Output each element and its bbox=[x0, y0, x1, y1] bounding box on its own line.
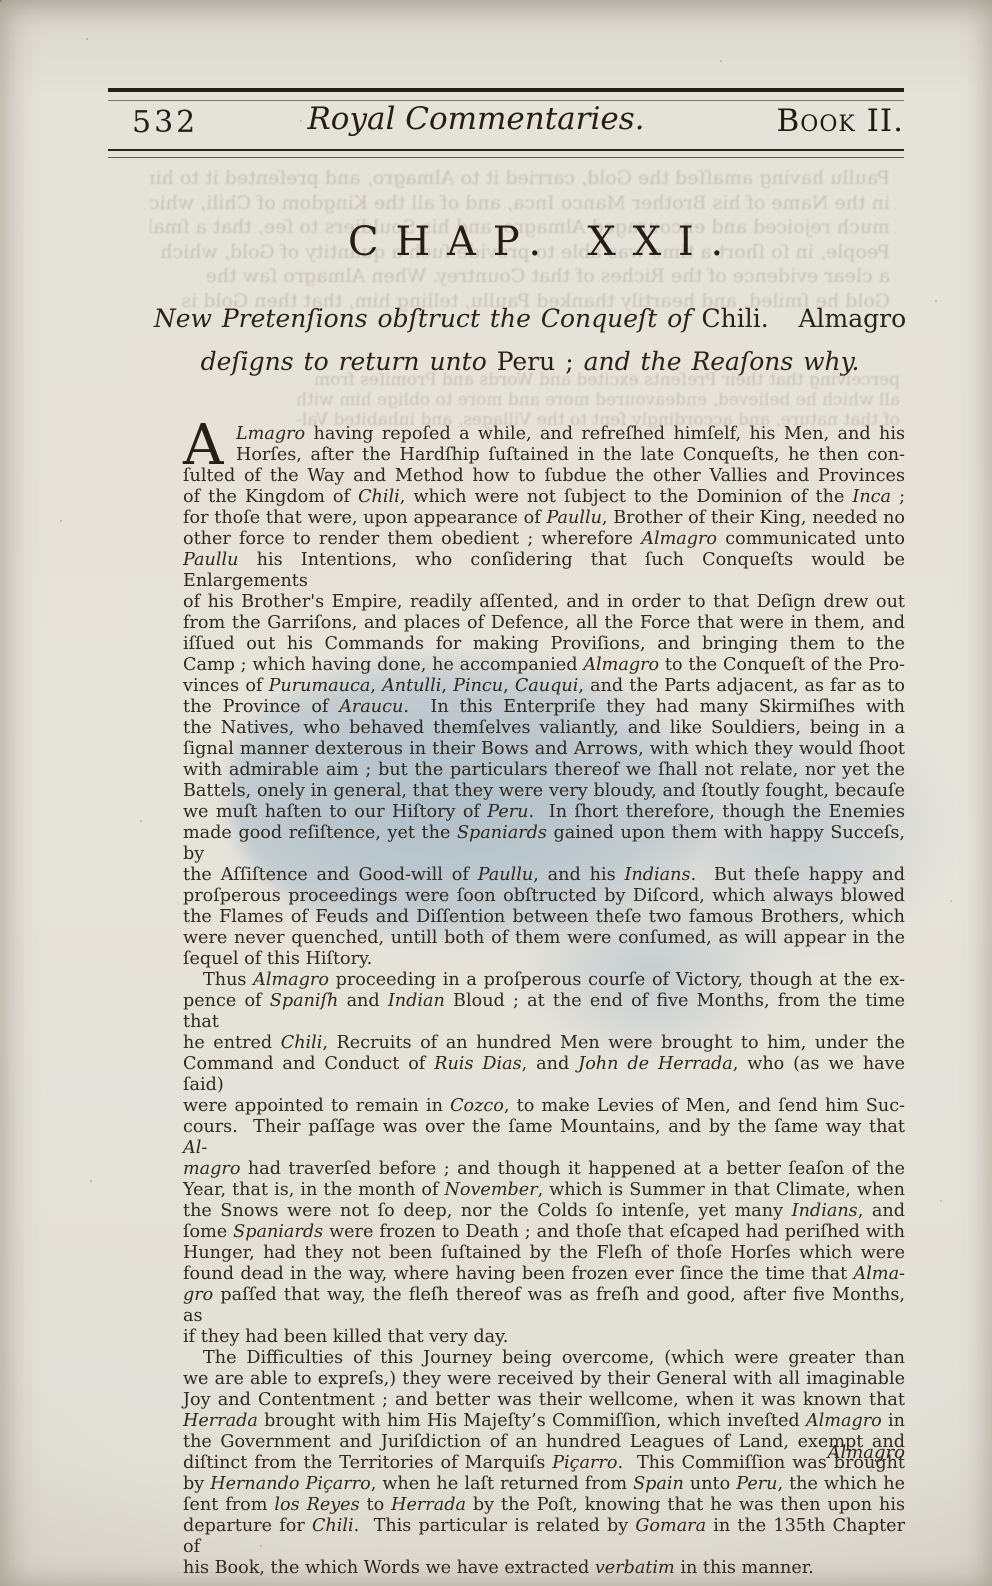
text-line: Herrada brought with him His Majeſty’s C… bbox=[183, 1411, 905, 1432]
roman-text: Camp ; which having done, he accompanied bbox=[183, 655, 583, 675]
text-line: departure for Chili. This particular is … bbox=[183, 1516, 905, 1558]
text-line: with admirable aim ; but the particulars… bbox=[183, 760, 905, 781]
paragraph: Thus Almagro proceeding in a proſperous … bbox=[183, 970, 905, 1348]
roman-text: were frozen to Death ; and thoſe that eſ… bbox=[323, 1222, 905, 1242]
text-line: by Hernando Piçarro, when he laſt return… bbox=[183, 1474, 905, 1495]
roman-text: , Brother of their King, needed no bbox=[602, 508, 905, 528]
catchword: Almagro bbox=[827, 1442, 905, 1463]
text-line: we are able to expreſs,) they were recei… bbox=[183, 1369, 905, 1390]
roman-text: ſulted of the Way and Method how to ſubd… bbox=[183, 466, 905, 486]
italic-text: Alma- bbox=[854, 1264, 905, 1284]
text-line: Lmagro having repoſed a while, and refre… bbox=[183, 424, 905, 445]
italic-text: Paullu bbox=[546, 508, 601, 528]
body-text: ALmagro having repoſed a while, and refr… bbox=[183, 424, 905, 1579]
roman-text: diſtinct from the Territories of Marquiſ… bbox=[183, 1453, 552, 1473]
italic-text: Chili bbox=[358, 487, 400, 507]
italic-text: John de Herrada bbox=[578, 1054, 733, 1074]
roman-text: in bbox=[882, 1411, 905, 1431]
text-line: Camp ; which having done, he accompanied… bbox=[183, 655, 905, 676]
italic-text: Peru bbox=[487, 802, 528, 822]
roman-text: cours. Their paſſage was over the ſame M… bbox=[183, 1117, 905, 1137]
roman-text: the Government and Juriſdiction of an hu… bbox=[183, 1432, 905, 1452]
roman-text: by the Poſt, knowing that he was then up… bbox=[466, 1495, 905, 1515]
roman-text: Command and Conduct of bbox=[183, 1054, 434, 1074]
italic-text: Spaniſh bbox=[270, 991, 339, 1011]
text-line: ſignal manner dexterous in their Bows an… bbox=[183, 739, 905, 760]
text-line: if they had been killed that very day. bbox=[183, 1327, 905, 1348]
text-line: ſent from los Reyes to Herrada by the Po… bbox=[183, 1495, 905, 1516]
roman-text: in the Name of his Brother Manco Inca, a… bbox=[150, 192, 890, 214]
text-line: ſome Spaniards were frozen to Death ; an… bbox=[183, 1222, 905, 1243]
roman-text: all which he believed, endeavoured more … bbox=[296, 390, 900, 410]
text-line: of his Brother's Empire, readily aſſente… bbox=[183, 592, 905, 613]
roman-text: , bbox=[370, 676, 382, 696]
roman-text: with admirable aim ; but the particulars… bbox=[183, 760, 905, 780]
roman-text: had traverſed before ; and though it hap… bbox=[240, 1159, 905, 1179]
roman-text: and bbox=[338, 991, 387, 1011]
roman-text: Joy and Contentment ; and better was the… bbox=[183, 1390, 905, 1410]
italic-text: deſigns to return unto bbox=[201, 347, 497, 376]
text-line: Paullu his Intentions, who conſidering t… bbox=[183, 550, 905, 592]
roman-text: pence of bbox=[183, 991, 270, 1011]
text-line: the Aſſiſtence and Good-will of Paullu, … bbox=[183, 865, 905, 886]
book-page: Paullu having amaſſed the Gold, carried … bbox=[0, 0, 992, 1586]
italic-text: Araucu bbox=[339, 697, 403, 717]
roman-text: he entred bbox=[183, 1033, 281, 1053]
roman-text: , Recruits of an hundred Men were brough… bbox=[322, 1033, 905, 1053]
roman-text: we are able to expreſs,) they were recei… bbox=[183, 1369, 905, 1389]
italic-text: Indian bbox=[388, 991, 445, 1011]
roman-text: , to make Levies of Men, and ſend him Su… bbox=[504, 1096, 905, 1116]
bleedthrough-line: a clear evidence of the Riches of that C… bbox=[150, 264, 890, 289]
italic-text: Almagro bbox=[583, 655, 659, 675]
roman-text: , and the Parts adjacent, as far as to bbox=[578, 676, 905, 696]
roman-text: a clear evidence of the Riches of that C… bbox=[206, 265, 890, 287]
italic-text: Spaniards bbox=[457, 823, 547, 843]
bleedthrough-line: in the Name of his Brother Manco Inca, a… bbox=[150, 191, 890, 216]
text-line: ſequel of this Hiſtory. bbox=[183, 949, 905, 970]
italic-text: Piçarro bbox=[552, 1453, 617, 1473]
roman-text: departure for bbox=[183, 1516, 312, 1536]
roman-text: found dead in the way, where having been… bbox=[183, 1264, 854, 1284]
bleedthrough-line: Paullu having amaſſed the Gold, carried … bbox=[150, 166, 890, 191]
text-line: Battels, onely in general, that they wer… bbox=[183, 781, 905, 802]
roman-text: in this manner. bbox=[675, 1558, 814, 1578]
italic-text: Paullu bbox=[478, 865, 533, 885]
roman-text: , and his bbox=[533, 865, 624, 885]
italic-text: Purumauca bbox=[269, 676, 371, 696]
text-line: from the Garriſons, and places of Defenc… bbox=[183, 613, 905, 634]
text-line: ſulted of the Way and Method how to ſubd… bbox=[183, 466, 905, 487]
italic-text: and the Reaſons why. bbox=[584, 347, 860, 376]
roman-text: . In this Enterpriſe they had many Skirm… bbox=[403, 697, 905, 717]
italic-text: Cozco bbox=[450, 1096, 504, 1116]
roman-text: vinces of bbox=[183, 676, 269, 696]
roman-text: . This particular is related by bbox=[354, 1516, 636, 1536]
roman-text: made good reſiſtence, yet the bbox=[183, 823, 457, 843]
roman-text: his Book, the which Words we have extrac… bbox=[183, 1558, 595, 1578]
italic-text: Almagro bbox=[641, 529, 717, 549]
text-line: vinces of Purumauca, Antulli, Pincu, Cau… bbox=[183, 676, 905, 697]
text-line: Command and Conduct of Ruis Dias, and Jo… bbox=[183, 1054, 905, 1096]
text-line: the Snows were not ſo deep, nor the Cold… bbox=[183, 1201, 905, 1222]
roman-text: , bbox=[503, 676, 515, 696]
roman-text: for thoſe that were, upon appearance of bbox=[183, 508, 546, 528]
roman-text: ſent from bbox=[183, 1495, 274, 1515]
header-rule-top bbox=[108, 88, 904, 101]
text-line: cours. Their paſſage was over the ſame M… bbox=[183, 1117, 905, 1159]
chapter-heading: CHAP. XXI. bbox=[183, 219, 905, 265]
italic-text: magro bbox=[183, 1159, 240, 1179]
roman-text: Paullu having amaſſed the Gold, carried … bbox=[150, 167, 890, 189]
text-line: we muſt haſten to our Hiſtory of Peru. I… bbox=[183, 802, 905, 823]
text-line: made good reſiſtence, yet the Spaniards … bbox=[183, 823, 905, 865]
text-line: iſſued out his Commands for making Provi… bbox=[183, 634, 905, 655]
italic-text: Gomara bbox=[635, 1516, 706, 1536]
text-line: the Natives, who behaved themſelves vali… bbox=[183, 718, 905, 739]
italic-text: Almagro bbox=[253, 970, 329, 990]
roman-text: ; bbox=[891, 487, 905, 507]
roman-text: unto bbox=[684, 1474, 736, 1494]
roman-text: his Intentions, who conſidering that ſuc… bbox=[183, 550, 905, 591]
roman-text: the Aſſiſtence and Good-will of bbox=[183, 865, 478, 885]
roman-text: ſignal manner dexterous in their Bows an… bbox=[183, 739, 905, 759]
roman-text: the Flames of Feuds and Diſſention betwe… bbox=[183, 907, 905, 927]
roman-text: were appointed to remain in bbox=[183, 1096, 450, 1116]
italic-text: November bbox=[445, 1180, 538, 1200]
italic-text: verbatim bbox=[595, 1558, 675, 1578]
italic-text: Herrada bbox=[391, 1495, 466, 1515]
italic-text: Spaniards bbox=[233, 1222, 323, 1242]
italic-text: Spain bbox=[633, 1474, 684, 1494]
text-line: The Difficulties of this Journey being o… bbox=[183, 1348, 905, 1369]
roman-text: paſſed that way, the fleſh thereof was a… bbox=[183, 1285, 905, 1326]
roman-text: , when he laſt returned from bbox=[371, 1474, 633, 1494]
italic-text: Lmagro bbox=[236, 424, 305, 444]
roman-text: Chili. Almagro bbox=[702, 304, 907, 333]
italic-text: Ruis Dias bbox=[434, 1054, 521, 1074]
text-line: found dead in the way, where having been… bbox=[183, 1264, 905, 1285]
drop-cap: A bbox=[183, 424, 229, 466]
roman-text: Peru ; bbox=[497, 347, 584, 376]
italic-text: los Reyes bbox=[274, 1495, 359, 1515]
roman-text: Battels, onely in general, that they wer… bbox=[183, 781, 905, 801]
roman-text: having repoſed a while, and refreſhed hi… bbox=[305, 424, 905, 444]
text-line: magro had traverſed before ; and though … bbox=[183, 1159, 905, 1180]
roman-text: to bbox=[360, 1495, 392, 1515]
roman-text: brought with him His Majeſty’s Commiſſio… bbox=[258, 1411, 806, 1431]
italic-text: Chili bbox=[281, 1033, 323, 1053]
paragraph: The Difficulties of this Journey being o… bbox=[183, 1348, 905, 1579]
roman-text: were never quenched, untill both of them… bbox=[183, 928, 905, 948]
text-line: Hunger, had they not been ſuſtained by t… bbox=[183, 1243, 905, 1264]
italic-text: Chili bbox=[312, 1516, 354, 1536]
text-line: other force to render them obedient ; wh… bbox=[183, 529, 905, 550]
italic-text: Pincu bbox=[453, 676, 503, 696]
text-line: Thus Almagro proceeding in a proſperous … bbox=[183, 970, 905, 991]
italic-text: New Pretenſions obſtruct the Conqueſt of bbox=[154, 304, 702, 333]
italic-text: Herrada bbox=[183, 1411, 258, 1431]
italic-text: Almagro bbox=[806, 1411, 882, 1431]
text-line: of the Kingdom of Chili, which were not … bbox=[183, 487, 905, 508]
roman-text: ſequel of this Hiſtory. bbox=[183, 949, 372, 969]
text-line: diſtinct from the Territories of Marquiſ… bbox=[183, 1453, 905, 1474]
roman-text: , which were not ſubject to the Dominion… bbox=[400, 487, 853, 507]
text-line: his Book, the which Words we have extrac… bbox=[183, 1558, 905, 1579]
roman-text: Thus bbox=[203, 970, 253, 990]
roman-text: , bbox=[441, 676, 453, 696]
roman-text: from the Garriſons, and places of Defenc… bbox=[183, 613, 905, 633]
running-header: 532 Royal Commentaries. Book II. bbox=[108, 101, 904, 145]
text-line: Horſes, after the Hardſhip ſuſtained in … bbox=[183, 445, 905, 466]
roman-text: Hunger, had they not been ſuſtained by t… bbox=[183, 1243, 905, 1263]
roman-text: ſome bbox=[183, 1222, 233, 1242]
italic-text: Al- bbox=[183, 1138, 207, 1158]
roman-text: proſperous proceedings were ſoon obſtruc… bbox=[183, 886, 905, 906]
header-rule-bottom bbox=[108, 149, 904, 158]
text-line: pence of Spaniſh and Indian Bloud ; at t… bbox=[183, 991, 905, 1033]
italic-text: Cauqui bbox=[515, 676, 579, 696]
paragraph: ALmagro having repoſed a while, and refr… bbox=[183, 424, 905, 970]
text-line: Year, that is, in the month of November,… bbox=[183, 1180, 905, 1201]
bleedthrough-line: all which he believed, endeavoured more … bbox=[140, 390, 900, 410]
text-line: the Flames of Feuds and Diſſention betwe… bbox=[183, 907, 905, 928]
text-line: proſperous proceedings were ſoon obſtruc… bbox=[183, 886, 905, 907]
roman-text: if they had been killed that very day. bbox=[183, 1327, 508, 1347]
italic-text: Indians bbox=[792, 1201, 858, 1221]
running-title: Royal Commentaries. bbox=[108, 101, 844, 137]
roman-text: the Natives, who behaved themſelves vali… bbox=[183, 718, 905, 738]
text-line: the Province of Araucu. In this Enterpri… bbox=[183, 697, 905, 718]
roman-text: . In ſhort therefore, though the Enemies bbox=[529, 802, 906, 822]
roman-text: of the Kingdom of bbox=[183, 487, 358, 507]
roman-text: , which is Summer in that Climate, when bbox=[538, 1180, 905, 1200]
roman-text: to the Conqueſt of the Pro- bbox=[659, 655, 905, 675]
roman-text: proceeding in a proſperous courſe of Vic… bbox=[329, 970, 905, 990]
text-line: he entred Chili, Recruits of an hundred … bbox=[183, 1033, 905, 1054]
italic-text: Inca bbox=[852, 487, 891, 507]
roman-text: Year, that is, in the month of bbox=[183, 1180, 445, 1200]
roman-text: , and bbox=[522, 1054, 579, 1074]
roman-text: , and bbox=[858, 1201, 905, 1221]
roman-text: , the which he bbox=[777, 1474, 905, 1494]
roman-text: iſſued out his Commands for making Provi… bbox=[183, 634, 905, 654]
italic-text: gro bbox=[183, 1285, 213, 1305]
italic-text: Antulli bbox=[382, 676, 441, 696]
text-line: Joy and Contentment ; and better was the… bbox=[183, 1390, 905, 1411]
text-line: were appointed to remain in Cozco, to ma… bbox=[183, 1096, 905, 1117]
roman-text: The Difficulties of this Journey being o… bbox=[203, 1348, 905, 1368]
roman-text: the Snows were not ſo deep, nor the Cold… bbox=[183, 1201, 792, 1221]
italic-text: Indians bbox=[625, 865, 691, 885]
roman-text: the Province of bbox=[183, 697, 339, 717]
text-line: were never quenched, untill both of them… bbox=[183, 928, 905, 949]
italic-text: Hernando Piçarro bbox=[210, 1474, 370, 1494]
paper-specks bbox=[0, 0, 2, 2]
roman-text: by bbox=[183, 1474, 210, 1494]
text-line: for thoſe that were, upon appearance of … bbox=[183, 508, 905, 529]
roman-text: . But theſe happy and bbox=[691, 865, 905, 885]
italic-text: Peru bbox=[736, 1474, 777, 1494]
roman-text: Horſes, after the Hardſhip ſuſtained in … bbox=[236, 445, 905, 465]
subtitle-line: deſigns to return unto Peru ; and the Re… bbox=[150, 340, 910, 383]
book-label: Book II. bbox=[777, 103, 905, 139]
roman-text: other force to render them obedient ; wh… bbox=[183, 529, 641, 549]
roman-text: communicated unto bbox=[717, 529, 905, 549]
chapter-subtitle: New Pretenſions obſtruct the Conqueſt of… bbox=[150, 297, 910, 383]
text-line: the Government and Juriſdiction of an hu… bbox=[183, 1432, 905, 1453]
roman-text: we muſt haſten to our Hiſtory of bbox=[183, 802, 487, 822]
roman-text: of his Brother's Empire, readily aſſente… bbox=[183, 592, 905, 612]
text-line: gro paſſed that way, the fleſh thereof w… bbox=[183, 1285, 905, 1327]
subtitle-line: New Pretenſions obſtruct the Conqueſt of… bbox=[150, 297, 910, 340]
italic-text: Paullu bbox=[183, 550, 238, 570]
